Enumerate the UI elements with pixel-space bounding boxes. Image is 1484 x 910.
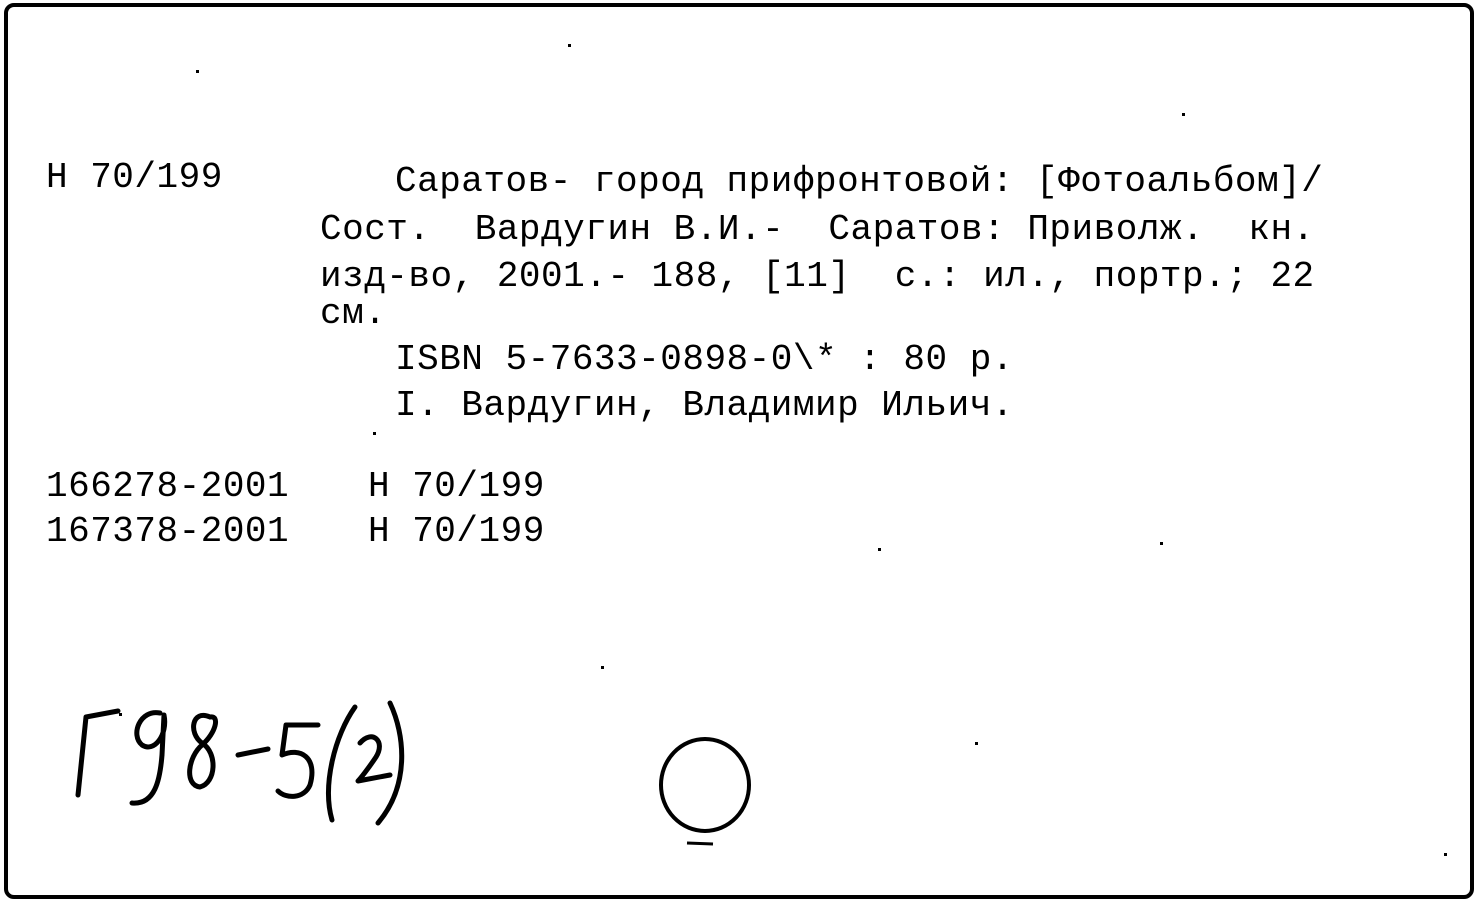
inventory-shelf-mark: Н 70/199 — [368, 510, 545, 554]
speck — [568, 44, 571, 47]
punch-hole — [655, 735, 760, 847]
speck — [601, 666, 604, 669]
inventory-number: 166278-2001 — [46, 465, 289, 509]
isbn-price: ISBN 5-7633-0898-0\* : 80 р. — [395, 338, 1014, 382]
inventory-number: 167378-2001 — [46, 510, 289, 554]
compiler-publisher-line: Сост. Вардугин В.И.- Саратов: Приволж. к… — [320, 208, 1315, 252]
speck — [373, 432, 376, 435]
speck — [119, 713, 122, 716]
publication-details-line: изд-во, 2001.- 188, [11] с.: ил., портр.… — [320, 255, 1315, 299]
speck — [1444, 853, 1447, 856]
title-line: Саратов- город прифронтовой: [Фотоальбом… — [395, 160, 1323, 204]
added-entry: I. Вардугин, Владимир Ильич. — [395, 384, 1014, 428]
speck — [1160, 542, 1163, 545]
speck — [878, 548, 881, 551]
size-line: см. — [320, 292, 386, 336]
speck — [196, 70, 199, 73]
handwritten-note — [60, 695, 480, 845]
speck — [975, 742, 978, 745]
shelf-mark: Н 70/199 — [46, 156, 223, 200]
inventory-shelf-mark: Н 70/199 — [368, 465, 545, 509]
speck — [1182, 113, 1185, 116]
